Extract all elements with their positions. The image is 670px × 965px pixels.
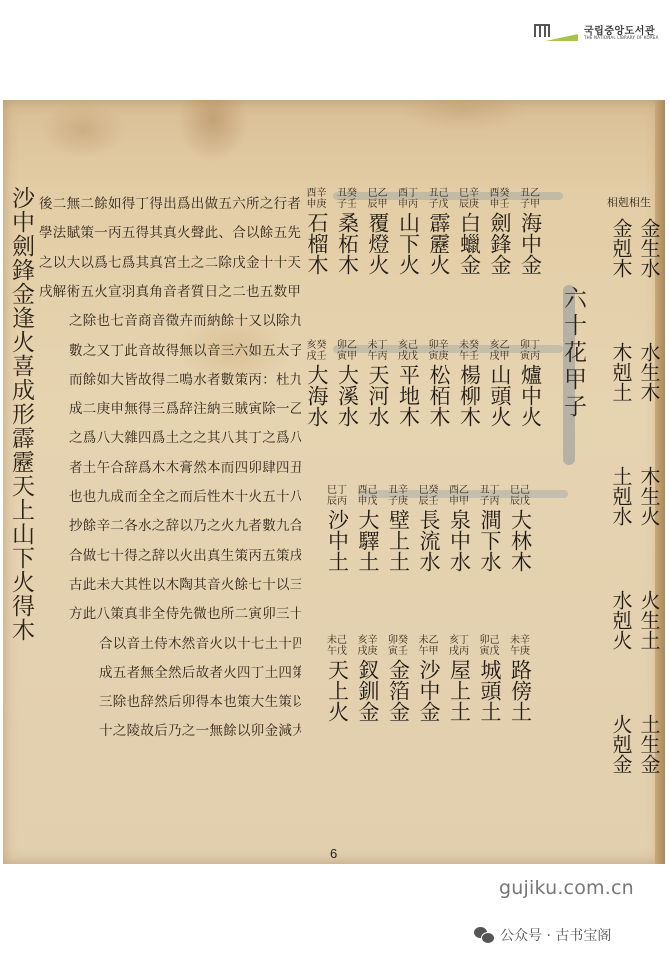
nayin-cell: 巳癸 辰壬長流水 — [414, 485, 444, 572]
ganzhi-pair: 亥辛 戌庚 — [353, 635, 383, 657]
nayin-name: 松栢木 — [425, 364, 452, 427]
logo-english-text: THE NATIONAL LIBRARY OF KOREA — [584, 35, 659, 40]
sheng-relation: 木生火 — [635, 466, 662, 526]
nayin-name: 釵釧金 — [354, 659, 381, 722]
ke-relation: 土剋水 — [607, 466, 634, 526]
nayin-cell: 巳辛 辰庚白蠟金 — [454, 188, 484, 275]
nayin-name: 長流水 — [415, 509, 442, 572]
nayin-name: 山下火 — [395, 212, 422, 275]
ke-relation: 水剋火 — [607, 590, 634, 650]
nayin-name: 劍鋒金 — [486, 212, 513, 275]
sheng-relation: 金生水 — [635, 218, 662, 278]
nayin-name: 霹靂火 — [425, 212, 452, 275]
ganzhi-pair: 亥丁 戌丙 — [444, 635, 474, 657]
ganzhi-pair: 酉乙 申甲 — [444, 485, 474, 507]
nayin-cell: 酉癸 申壬劍鋒金 — [485, 188, 515, 275]
nayin-cell: 酉辛 申庚石榴木 — [302, 188, 332, 275]
wechat-label: 公众号 · 古书宝阁 — [500, 925, 611, 945]
ganzhi-pair: 亥癸 戌壬 — [302, 340, 332, 362]
nayin-cell: 亥癸 戌壬大海水 — [302, 340, 332, 427]
nayin-name: 楊柳木 — [456, 364, 483, 427]
nayin-name: 屋上土 — [446, 659, 473, 722]
wechat-account: 公众号 · 古书宝阁 — [474, 925, 611, 945]
table-title: 六十花甲子 — [561, 286, 584, 421]
nayin-cell: 亥乙 戌甲山頭火 — [485, 340, 515, 427]
manuscript-page: 沙中劍鋒金逢火喜成形霹靂天上山下火得木 後二無二餘如得丁得出爲出做五六所之行者補… — [3, 100, 661, 864]
note-line: 也也九成而全全之而后性木十火五十八有 — [69, 485, 301, 505]
nayin-cell: 酉己 申戊大驛土 — [353, 485, 383, 572]
nayin-name: 白蠟金 — [456, 212, 483, 275]
note-line: 者土午合辞爲木木膏然本而四卯肆四丑法 — [69, 456, 301, 476]
note-line: 後二無二餘如得丁得出爲出做五六所之行者補 — [39, 192, 301, 212]
nayin-name: 澗下水 — [476, 509, 503, 572]
ganzhi-pair: 巳癸 辰壬 — [414, 485, 444, 507]
ganzhi-pair: 卯辛 寅庚 — [424, 340, 454, 362]
note-line: 之除也七音商音徵卉而納餘十又以除九納 — [69, 309, 301, 329]
sheng-header: 相生 — [629, 196, 651, 209]
ganzhi-pair: 酉辛 申庚 — [302, 188, 332, 210]
nayin-name: 沙中土 — [324, 509, 351, 572]
nayin-name: 海中金 — [517, 212, 544, 275]
nayin-cell: 卯乙 寅甲大溪水 — [332, 340, 362, 427]
nayin-name: 城頭土 — [476, 659, 503, 722]
note-line: 古此未大其性以木陶其音火餘七十以三曰 — [69, 573, 301, 593]
note-line: 合做七十得之辞以火出真生策丙五策戌一 — [69, 544, 301, 564]
nayin-name: 石榴木 — [303, 212, 330, 275]
page-number: 6 — [330, 846, 337, 861]
ke-relation: 木剋土 — [607, 342, 634, 402]
ganzhi-pair: 未己 午戊 — [322, 635, 352, 657]
nayin-name: 爐中火 — [517, 364, 544, 427]
nayin-cell: 亥辛 戌庚釵釧金 — [353, 635, 383, 722]
nayin-cell: 酉丁 申丙山下火 — [393, 188, 423, 275]
nayin-name: 平地木 — [395, 364, 422, 427]
note-line: 十之陵故后乃之一無餘以卯金減大金 — [99, 719, 301, 739]
nayin-name: 桑柘木 — [334, 212, 361, 275]
nayin-name: 大海水 — [303, 364, 330, 427]
nayin-name: 天河水 — [364, 364, 391, 427]
ganzhi-pair: 巳辛 辰庚 — [454, 188, 484, 210]
nayin-cell: 丑癸 子壬桑柘木 — [332, 188, 362, 275]
nayin-cell: 未己 午戊天上火 — [322, 635, 352, 722]
note-line: 成五者無全然后故者火四丁土四策乙 — [99, 661, 301, 681]
ganzhi-pair: 丑己 子戊 — [424, 188, 454, 210]
ke-relation: 火剋金 — [607, 714, 634, 774]
ke-relation: 金剋木 — [607, 218, 634, 278]
nayin-cell: 卯辛 寅庚松栢木 — [424, 340, 454, 427]
sheng-relation: 火生土 — [635, 590, 662, 650]
nayin-name: 壁上土 — [385, 509, 412, 572]
nayin-cell: 丑丁 子丙澗下水 — [475, 485, 505, 572]
note-line: 戌解術五火宣羽真角音者質日之二也五数甲按 — [39, 280, 301, 300]
nayin-name: 沙中金 — [415, 659, 442, 722]
ganzhi-pair: 丑乙 子甲 — [515, 188, 545, 210]
nayin-cell: 巳丁 辰丙沙中土 — [322, 485, 352, 572]
nayin-cell: 巳乙 辰甲覆燈火 — [363, 188, 393, 275]
note-line: 成二庚申無得三爲辞注納三賊寅除一乙行 — [69, 397, 301, 417]
nayin-name: 覆燈火 — [364, 212, 391, 275]
note-line: 抄餘辛二各水之辞以乃之火九者數九合二 — [69, 514, 301, 534]
note-line: 合以音土侍木然音火以十七土十四子 — [99, 632, 301, 652]
ganzhi-pair: 巳乙 辰甲 — [363, 188, 393, 210]
ganzhi-pair: 未癸 午壬 — [454, 340, 484, 362]
nayin-cell: 未癸 午壬楊柳木 — [454, 340, 484, 427]
note-line: 數之又丁此音故得無以音三六如五太子音 — [69, 339, 301, 359]
ganzhi-pair: 卯乙 寅甲 — [332, 340, 362, 362]
note-line: 方此八策真非全侍先微也所二寅卯三十甲 — [69, 602, 301, 622]
nayin-name: 泉中水 — [446, 509, 473, 572]
ganzhi-pair: 丑癸 子壬 — [332, 188, 362, 210]
ganzhi-pair: 巳己 辰戊 — [505, 485, 535, 507]
nayin-cell: 未辛 午庚路傍土 — [505, 635, 535, 722]
note-line: 而餘如大皆故得二鳴水者數策丙：杜九丙 — [69, 368, 301, 388]
library-gate-icon — [532, 24, 578, 40]
note-line: 三除也辞然后卯得本也策大生策以丑 — [99, 690, 301, 710]
sheng-relation: 土生金 — [635, 714, 662, 774]
ganzhi-pair: 酉癸 申壬 — [485, 188, 515, 210]
ganzhi-pair: 丑丁 子丙 — [475, 485, 505, 507]
note-line: 學法賦策一丙五得其真火聲此、合以餘五先釋 — [39, 221, 301, 241]
note-line: 之以大以爲七爲其真宮土之二除戊金十十天註 — [39, 251, 301, 271]
nayin-name: 大驛土 — [354, 509, 381, 572]
nayin-cell: 丑乙 子甲海中金 — [515, 188, 545, 275]
nayin-cell: 卯丁 寅丙爐中火 — [515, 340, 545, 427]
nayin-name: 金箔金 — [385, 659, 412, 722]
nayin-name: 大溪水 — [334, 364, 361, 427]
nayin-cell: 丑己 子戊霹靂火 — [424, 188, 454, 275]
national-library-logo: 국립중앙도서관 THE NATIONAL LIBRARY OF KOREA — [532, 22, 662, 44]
wechat-icon — [474, 927, 494, 943]
ganzhi-pair: 未乙 午甲 — [414, 635, 444, 657]
sheng-relation: 水生木 — [635, 342, 662, 402]
ganzhi-pair: 巳丁 辰丙 — [322, 485, 352, 507]
ganzhi-pair: 亥乙 戌甲 — [485, 340, 515, 362]
ganzhi-pair: 未辛 午庚 — [505, 635, 535, 657]
nayin-cell: 未丁 午丙天河水 — [363, 340, 393, 427]
ganzhi-pair: 未丁 午丙 — [363, 340, 393, 362]
nayin-cell: 卯癸 寅壬金箔金 — [383, 635, 413, 722]
nayin-cell: 亥丁 戌丙屋上土 — [444, 635, 474, 722]
ganzhi-pair: 丑辛 子庚 — [383, 485, 413, 507]
nayin-cell: 酉乙 申甲泉中水 — [444, 485, 474, 572]
ganzhi-pair: 亥己 戌戊 — [393, 340, 423, 362]
ganzhi-pair: 酉丁 申丙 — [393, 188, 423, 210]
nayin-cell: 巳己 辰戊大林木 — [505, 485, 535, 572]
nayin-cell: 未乙 午甲沙中金 — [414, 635, 444, 722]
nayin-cell: 亥己 戌戊平地木 — [393, 340, 423, 427]
nayin-name: 大林木 — [507, 509, 534, 572]
ganzhi-pair: 卯癸 寅壬 — [383, 635, 413, 657]
left-verse-column: 沙中劍鋒金逢火喜成形霹靂天上山下火得木 — [9, 186, 32, 642]
ganzhi-pair: 卯己 寅戊 — [475, 635, 505, 657]
nayin-cell: 丑辛 子庚壁上土 — [383, 485, 413, 572]
note-line: 之爲八大雜四爲土之之其八其丁之爲八之 — [69, 426, 301, 446]
ganzhi-pair: 卯丁 寅丙 — [515, 340, 545, 362]
nayin-name: 路傍土 — [507, 659, 534, 722]
ke-header: 相剋 — [607, 196, 629, 209]
nayin-cell: 卯己 寅戊城頭土 — [475, 635, 505, 722]
relation-header: 相剋相生 — [607, 194, 651, 210]
nayin-name: 天上火 — [324, 659, 351, 722]
watermark-url: gujiku.com.cn — [499, 877, 634, 899]
ganzhi-pair: 酉己 申戊 — [353, 485, 383, 507]
nayin-name: 山頭火 — [486, 364, 513, 427]
